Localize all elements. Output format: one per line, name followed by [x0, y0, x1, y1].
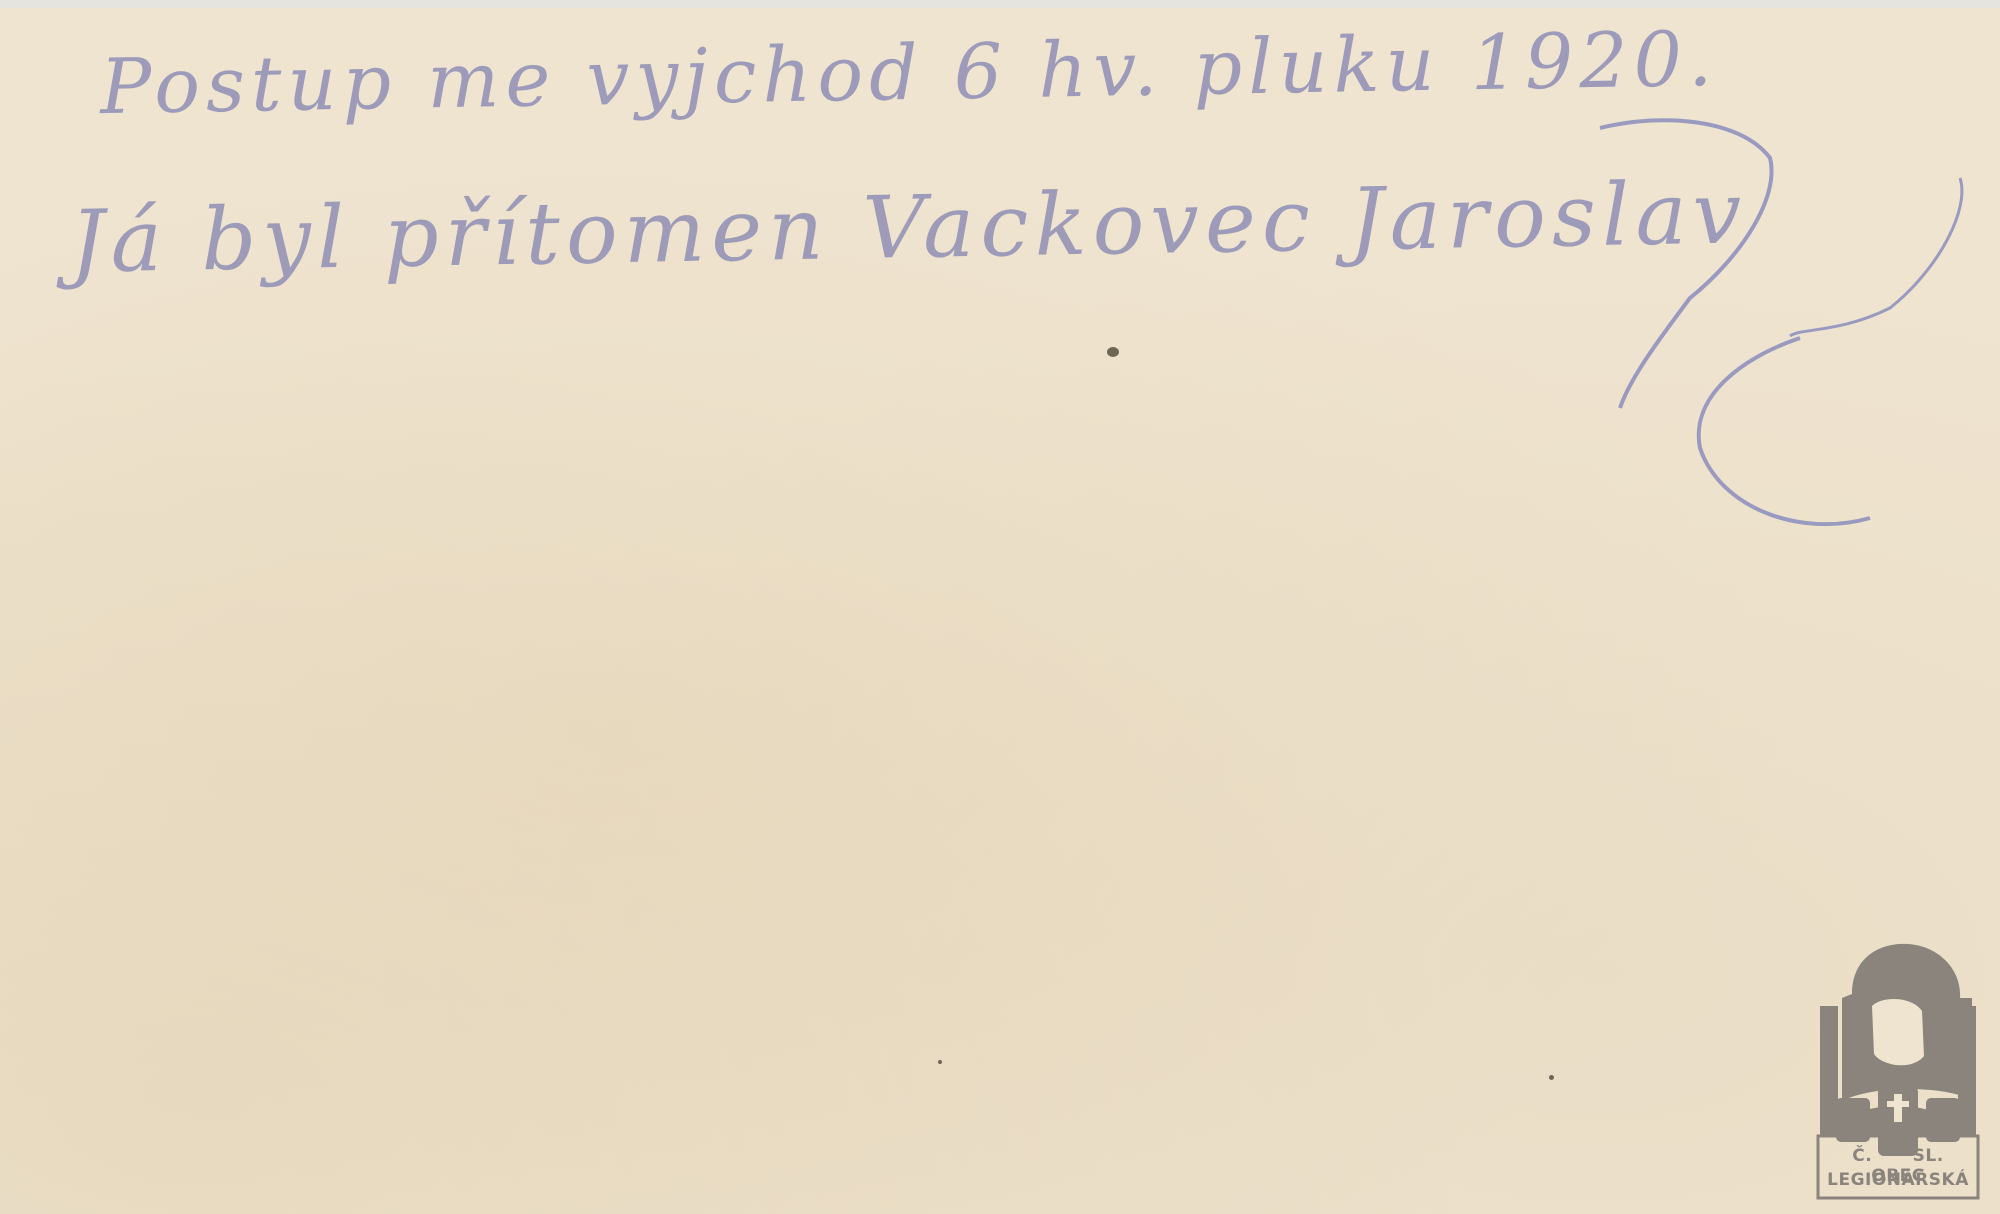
- paper-spot: [938, 1060, 942, 1064]
- stamp-text-line-2: LEGIONÁŘSKÁ: [1812, 1170, 1984, 1190]
- handwritten-line-2: Já byl přítomen Vackovec Jaroslav: [69, 163, 1748, 292]
- postcard-back: Postup me vyjchod 6 hv. pluku 1920. Já b…: [0, 8, 2000, 1214]
- handwritten-line-1: Postup me vyjchod 6 hv. pluku 1920.: [99, 14, 1718, 131]
- paper-spot: [1549, 1075, 1554, 1080]
- paper-spot: [1107, 347, 1119, 357]
- legion-stamp: Č. SL. OBEC LEGIONÁŘSKÁ: [1812, 936, 1984, 1204]
- signature-flourish-icon: [1540, 118, 2000, 568]
- scan-top-edge: [0, 0, 2000, 8]
